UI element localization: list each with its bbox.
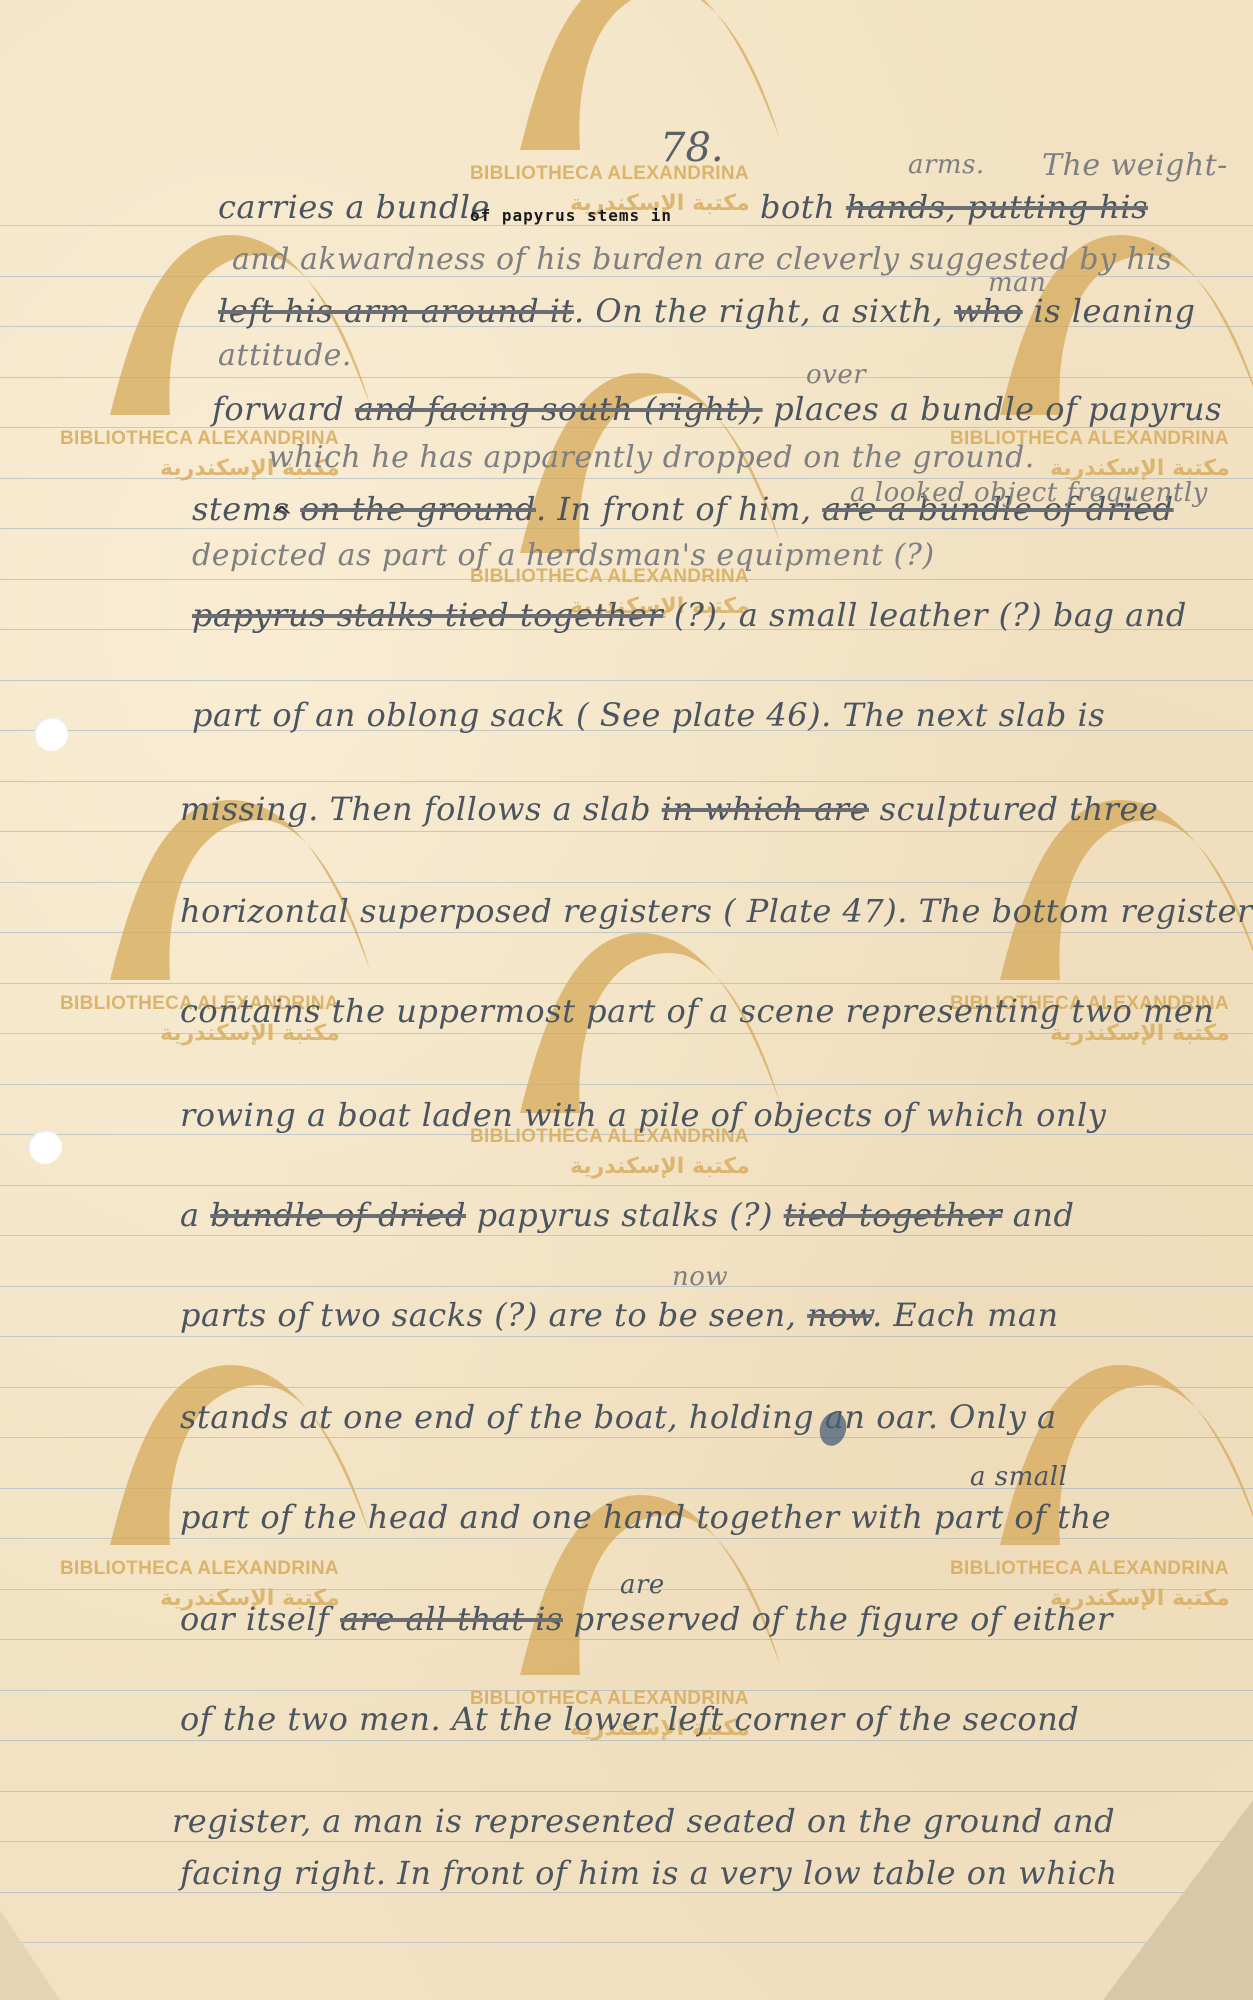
line-text: . In front of him, <box>536 490 822 528</box>
text-line-3: left his arm around it. On the right, a … <box>218 292 1195 330</box>
ruled-line <box>0 680 1253 681</box>
text-line-19: facing right. In front of him is a very … <box>180 1854 1118 1892</box>
text-line-13: parts of two sacks (?) are to be seen, n… <box>180 1296 1059 1334</box>
line-text: both <box>760 188 846 226</box>
line-text: a <box>180 1196 210 1234</box>
ruled-line <box>0 1538 1253 1539</box>
ruled-line <box>0 882 1253 883</box>
struck-text: in which are <box>662 790 869 828</box>
ruled-line <box>0 1336 1253 1337</box>
line-text: forward <box>212 390 355 428</box>
line-text: papyrus stalks (?) <box>466 1196 784 1234</box>
punch-hole <box>28 1130 62 1164</box>
text-line-18: register, a man is represented seated on… <box>172 1802 1115 1840</box>
struck-text: hands, putting his <box>846 188 1148 226</box>
line-text: carries a bundle <box>218 188 490 226</box>
line-text: missing. Then follows a slab <box>180 790 662 828</box>
struck-text: bundle of dried <box>210 1196 466 1234</box>
typed-insertion: of papyrus stems in <box>470 206 672 225</box>
watermark-logo-icon <box>520 0 780 150</box>
struck-text: now <box>807 1296 872 1334</box>
ruled-line <box>0 377 1253 378</box>
folded-corner <box>1103 1800 1253 2000</box>
text-line-4: forward and facing south (right), places… <box>212 390 1222 428</box>
line-text: . Each man <box>872 1296 1059 1334</box>
watermark-arabic-text: مكتبة الإسكندرية <box>570 1154 750 1179</box>
ruled-line <box>0 1084 1253 1085</box>
margin-note-man: man <box>988 268 1046 298</box>
margin-note-depicted: depicted as part of a herdsman's equipme… <box>192 538 935 573</box>
margin-note-arms: arms. <box>908 150 985 180</box>
watermark-text: BIBLIOTHECA ALEXANDRINA <box>950 1558 1229 1580</box>
text-line-11: rowing a boat laden with a pile of objec… <box>180 1096 1106 1134</box>
ruled-line <box>0 1942 1253 1943</box>
struck-text: and facing south (right), <box>355 390 763 428</box>
ruled-line <box>0 781 1253 782</box>
ruled-line <box>0 1892 1253 1893</box>
text-line-8: missing. Then follows a slab in which ar… <box>180 790 1158 828</box>
text-line-1: carries a bundle <box>218 188 490 226</box>
margin-note-over: over <box>806 360 866 390</box>
ruled-line <box>0 1387 1253 1388</box>
struck-text: tied together <box>784 1196 1002 1234</box>
text-line-1-end: both hands, putting his <box>760 188 1148 226</box>
ruled-line <box>0 528 1253 529</box>
line-text: preserved of the figure of either <box>563 1600 1113 1638</box>
ruled-line <box>0 1791 1253 1792</box>
margin-note-attitude: attitude. <box>218 338 352 373</box>
ruled-line <box>0 831 1253 832</box>
punch-hole <box>34 717 68 751</box>
line-text: is leaning <box>1023 292 1196 330</box>
ruled-line <box>0 932 1253 933</box>
text-line-12: a bundle of dried papyrus stalks (?) tie… <box>180 1196 1074 1234</box>
line-text: (?), a small leather (?) bag and <box>663 596 1187 634</box>
ruled-line <box>0 1437 1253 1438</box>
line-text: . On the right, a sixth, <box>574 292 954 330</box>
page-number: 78. <box>660 125 724 171</box>
watermark-text: BIBLIOTHECA ALEXANDRINA <box>60 1558 339 1580</box>
struck-text: left his arm around it <box>218 292 574 330</box>
text-line-10: contains the uppermost part of a scene r… <box>180 992 1214 1030</box>
text-line-17: of the two men. At the lower left corner… <box>180 1700 1079 1738</box>
line-text: parts of two sacks (?) are to be seen, <box>180 1296 807 1334</box>
ruled-line <box>0 1841 1253 1842</box>
margin-note-a-small: a small <box>970 1462 1067 1492</box>
ruled-line <box>0 983 1253 984</box>
ruled-line <box>0 1185 1253 1186</box>
struck-text: papyrus stalks tied together <box>192 596 663 634</box>
margin-note-now: now <box>672 1262 728 1292</box>
text-line-6: papyrus stalks tied together (?), a smal… <box>192 596 1187 634</box>
struck-text: are all that is <box>340 1600 563 1638</box>
line-text: and <box>1002 1196 1074 1234</box>
ruled-line <box>0 1235 1253 1236</box>
margin-note-looked-object: a looked object frequently <box>850 478 1208 508</box>
text-line-16: oar itself are all that is preserved of … <box>180 1600 1113 1638</box>
line-text: oar itself <box>180 1600 340 1638</box>
text-line-7: part of an oblong sack ( See plate 46). … <box>192 696 1105 734</box>
manuscript-page: BIBLIOTHECA ALEXANDRINAمكتبة الإسكندريةB… <box>0 0 1253 2000</box>
struck-text: on the ground <box>300 490 536 528</box>
insertion-caret-icon: ^ <box>270 500 293 533</box>
margin-note-dropped: which he has apparently dropped on the g… <box>268 440 1035 475</box>
line-text: places a bundle of papyrus <box>763 390 1222 428</box>
text-line-9: horizontal superposed registers ( Plate … <box>180 892 1253 930</box>
text-line-14: stands at one end of the boat, holding a… <box>180 1398 1057 1436</box>
margin-note-weight: The weight- <box>1042 148 1228 183</box>
ruled-line <box>0 1639 1253 1640</box>
ruled-line <box>0 1286 1253 1287</box>
margin-note-are: are <box>620 1570 665 1600</box>
text-line-15: part of the head and one hand together w… <box>180 1498 1111 1536</box>
folded-corner-left <box>0 1910 60 2000</box>
line-text: sculptured three <box>869 790 1158 828</box>
